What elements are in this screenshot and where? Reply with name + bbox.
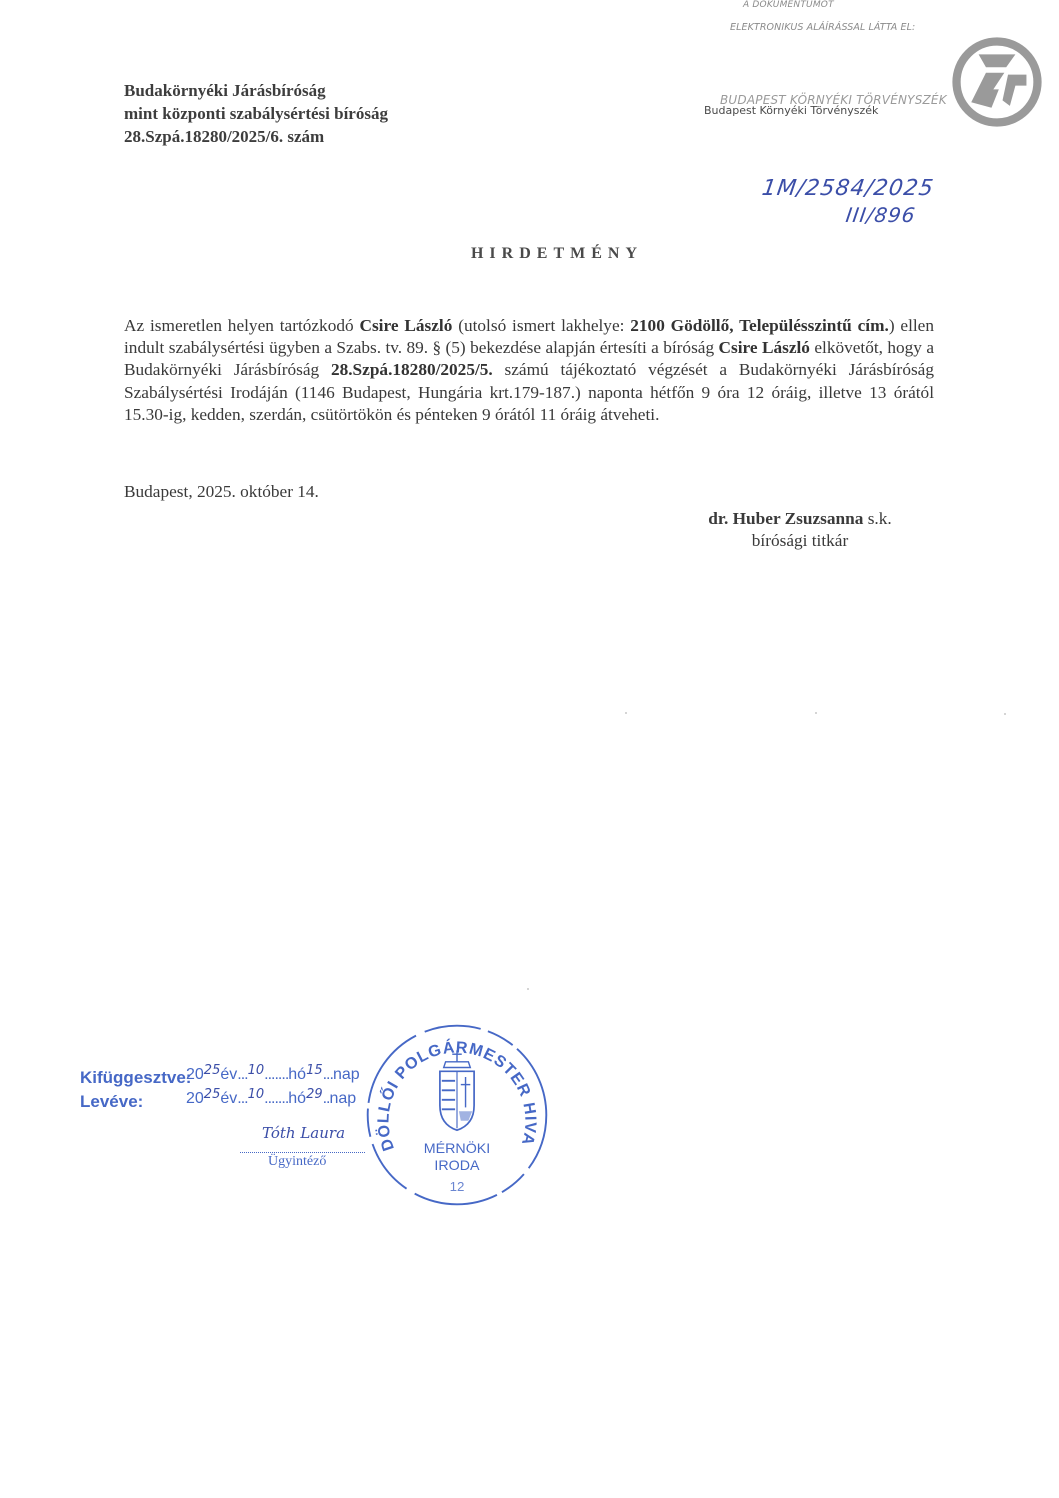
court-name: Budakörnyéki Járásbíróság xyxy=(124,79,388,102)
court-header: Budakörnyéki Járásbíróság mint központi … xyxy=(124,79,388,148)
body-text-segment: (utolsó ismert lakhelye: xyxy=(452,316,630,335)
removed-year-prefix: 20 xyxy=(186,1090,204,1107)
posted-ho: hó xyxy=(288,1066,306,1083)
posted-day: 15 xyxy=(306,1063,323,1078)
body-text-segment: Az ismeretlen helyen tartózkodó xyxy=(124,316,359,335)
removed-date: 2025év...10.......hó29..nap xyxy=(186,1090,356,1108)
hungarian-coat-of-arms-icon xyxy=(440,1050,474,1130)
posted-year: 25 xyxy=(204,1063,221,1078)
posted-date: 2025év...10.......hó15...nap xyxy=(186,1066,360,1084)
posted-month: 10 xyxy=(248,1063,265,1078)
document-title-text: HIRDETMÉNY xyxy=(471,245,643,262)
date-line: Budapest, 2025. október 14. xyxy=(124,482,319,502)
posted-nap: nap xyxy=(333,1066,360,1083)
body-emphasis: 2100 Gödöllő, Településszintű cím. xyxy=(630,316,889,335)
body-emphasis: Csire László xyxy=(719,338,810,357)
signer-block: dr. Huber Zsuzsanna s.k. bírósági titkár xyxy=(600,508,1000,552)
body-emphasis: Csire László xyxy=(359,316,452,335)
removed-ev: év xyxy=(220,1090,237,1107)
body-emphasis: 28.Szpá.18280/2025/5. xyxy=(331,360,493,379)
document-title: HIRDETMÉNY xyxy=(0,245,1059,263)
esig-caption-line2: ELEKTRONIKUS ALÁÍRÁSSAL LÁTTA EL: xyxy=(730,22,915,33)
court-logo-icon xyxy=(951,36,1043,128)
handwritten-registry-subnumber: III/896 xyxy=(844,203,917,227)
seal-number: 12 xyxy=(450,1179,465,1194)
removed-nap: nap xyxy=(330,1090,357,1107)
esig-court-plain: Budapest Környéki Törvényszék xyxy=(704,104,878,117)
signer-title: bírósági titkár xyxy=(600,530,1000,552)
case-number: 28.Szpá.18280/2025/6. szám xyxy=(124,125,388,148)
esig-caption-line1: A DOKUMENTUMOT xyxy=(743,0,834,10)
signer-suffix: s.k. xyxy=(863,509,891,528)
seal-outer-text: GÖDÖLLŐI POLGÁRMESTER HIVATAL xyxy=(362,1020,540,1153)
signer-name: dr. Huber Zsuzsanna xyxy=(708,509,863,528)
seal-inner-line2: IRODA xyxy=(434,1158,480,1174)
clerk-signature: Tóth Laura xyxy=(262,1124,345,1142)
scan-dot xyxy=(815,712,817,714)
removed-label: Levéve: xyxy=(80,1092,143,1112)
posted-label: Kifüggesztve: xyxy=(80,1068,191,1088)
seal-inner-line1: MÉRNÖKI xyxy=(424,1139,491,1157)
removed-ho: hó xyxy=(288,1090,306,1107)
posted-year-prefix: 20 xyxy=(186,1066,204,1083)
clerk-label: Ügyintéző xyxy=(268,1154,326,1170)
scan-dot xyxy=(1004,713,1006,715)
office-seal: GÖDÖLLŐI POLGÁRMESTER HIVATAL MÉRNÖKI IR… xyxy=(362,1020,552,1210)
scan-dot xyxy=(625,712,627,714)
scan-dot xyxy=(527,988,529,990)
removed-month: 10 xyxy=(248,1087,265,1102)
svg-text:GÖDÖLLŐI POLGÁRMESTER HIVATAL: GÖDÖLLŐI POLGÁRMESTER HIVATAL xyxy=(362,1020,540,1153)
handwritten-registry-number: 1M/2584/2025 xyxy=(760,176,935,201)
removed-day: 29 xyxy=(306,1087,323,1102)
clerk-signature-line xyxy=(240,1152,365,1153)
posted-ev: év xyxy=(220,1066,237,1083)
notice-body: Az ismeretlen helyen tartózkodó Csire Lá… xyxy=(124,315,934,426)
removed-year: 25 xyxy=(204,1087,221,1102)
court-role: mint központi szabálysértési bíróság xyxy=(124,102,388,125)
